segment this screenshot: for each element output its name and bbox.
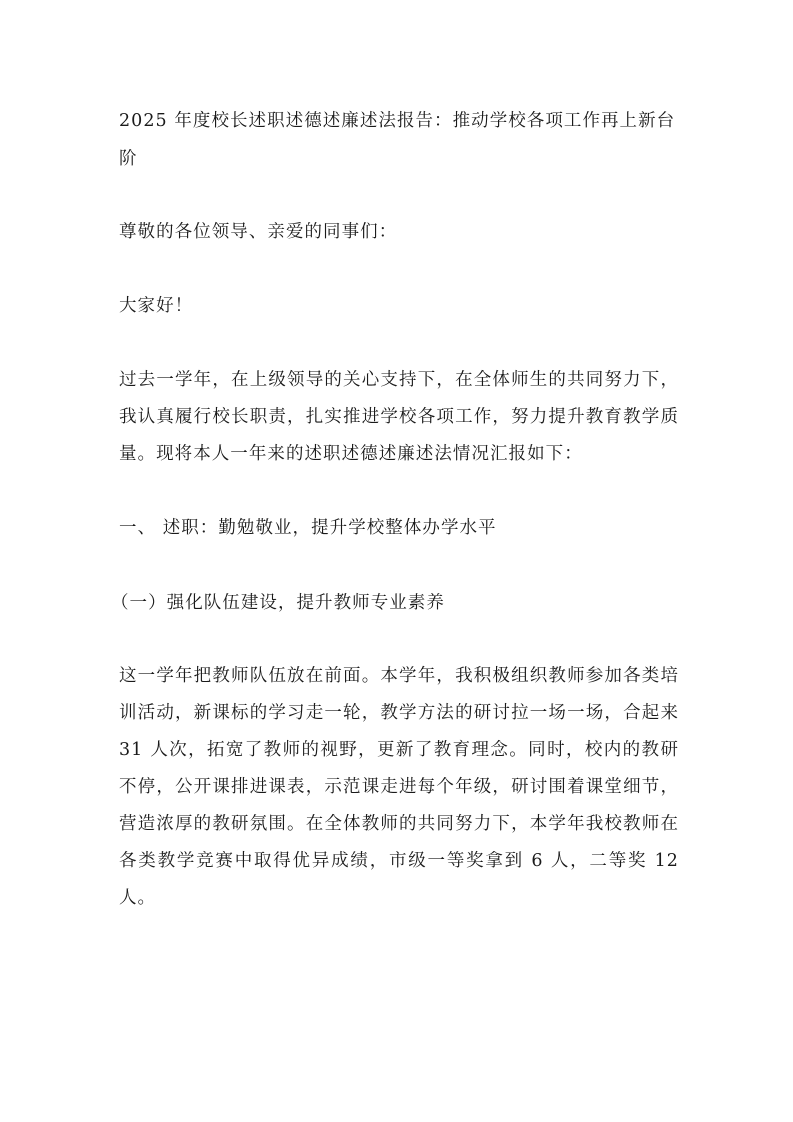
salutation: 尊敬的各位领导、亲爱的同事们：	[119, 221, 397, 243]
section-heading: 一、 述职：勤勉敬业，提升学校整体办学水平	[119, 517, 497, 539]
subsection-heading: （一）强化队伍建设，提升教师专业素养	[111, 592, 445, 614]
body-paragraph: 这一学年把教师队伍放在前面。本学年，我积极组织教师参加各类培训活动，新课标的学习…	[119, 658, 679, 917]
document-title-line-1: 2025 年度校长述职述德述廉述法报告：推动学校各项工作再上新台	[119, 110, 675, 132]
intro-paragraph: 过去一学年，在上级领导的关心支持下，在全体师生的共同努力下，我认真履行校长职责，…	[119, 362, 679, 473]
document-title-line-2: 阶	[119, 148, 138, 170]
greeting: 大家好！	[119, 295, 193, 317]
